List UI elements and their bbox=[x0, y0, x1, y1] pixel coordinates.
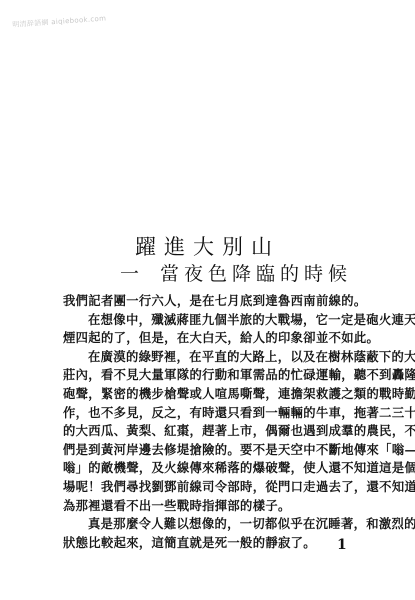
text-line: 莊內，看不見大量軍隊的行動和軍需品的忙碌運輸，聽不到轟隆的大 bbox=[63, 366, 353, 385]
text-line: 煙四起的了，但是，在大白天，給人的印象卻並不如此。 bbox=[63, 329, 353, 348]
chapter-title: 當夜色降臨的時候 bbox=[160, 263, 352, 285]
text-line: 場呢！我們尋找劉鄧前線司令部時，從門口走過去了，還不知道，因 bbox=[63, 478, 353, 497]
body-text: 我們記者團一行六人，是在七月底到達魯西南前線的。 在想像中，殲滅蔣匪九個半旅的大… bbox=[63, 292, 353, 552]
text-line: 砲聲，緊密的機步槍聲或人喧馬嘶聲，連擔架救護之類的戰時勤務工 bbox=[63, 385, 353, 404]
text-line: 作，也不多見，反之，有時還只看到一輛輛的牛車，拖著二三十斤重 bbox=[63, 404, 353, 423]
text-line: 在廣漠的綠野裡，在平直的大路上，以及在樹林蔭蔽下的大小村 bbox=[63, 348, 353, 367]
text-line: 的大西瓜、黃梨、紅棗，趕著上市，偶爾也遇到成羣的農民，不過他 bbox=[63, 422, 353, 441]
text-line: 在想像中，殲滅蔣匪九個半旅的大戰場，它一定是砲火連天，烽 bbox=[63, 311, 353, 330]
text-line: 為那裡還看不出一些戰時指揮部的樣子。 bbox=[63, 497, 353, 516]
text-line: 真是那麼令人難以想像的，一切都似乎在沉睡著，和激烈的戰鬥 bbox=[63, 515, 353, 534]
part-title: 躍進大別山 bbox=[0, 231, 415, 261]
chapter-number: 一 bbox=[120, 259, 160, 286]
watermark: 明清辞語網 aiqiebook.com bbox=[12, 13, 107, 30]
text-line: 我們記者團一行六人，是在七月底到達魯西南前線的。 bbox=[63, 292, 353, 311]
text-line: 們是到黃河岸邊去修堤搶險的。要不是天空中不斷地傳來「嗡—— bbox=[63, 441, 353, 460]
text-line: 狀態比較起來，這簡直就是死一般的靜寂了。 bbox=[63, 534, 353, 553]
chapter-heading: 一當夜色降臨的時候 bbox=[120, 259, 352, 286]
text-line: 嗡」的敵機聲，及火線傳來稀落的爆破聲，使人還不知道這是個大戰 bbox=[63, 459, 353, 478]
page-number: 1 bbox=[337, 537, 347, 553]
